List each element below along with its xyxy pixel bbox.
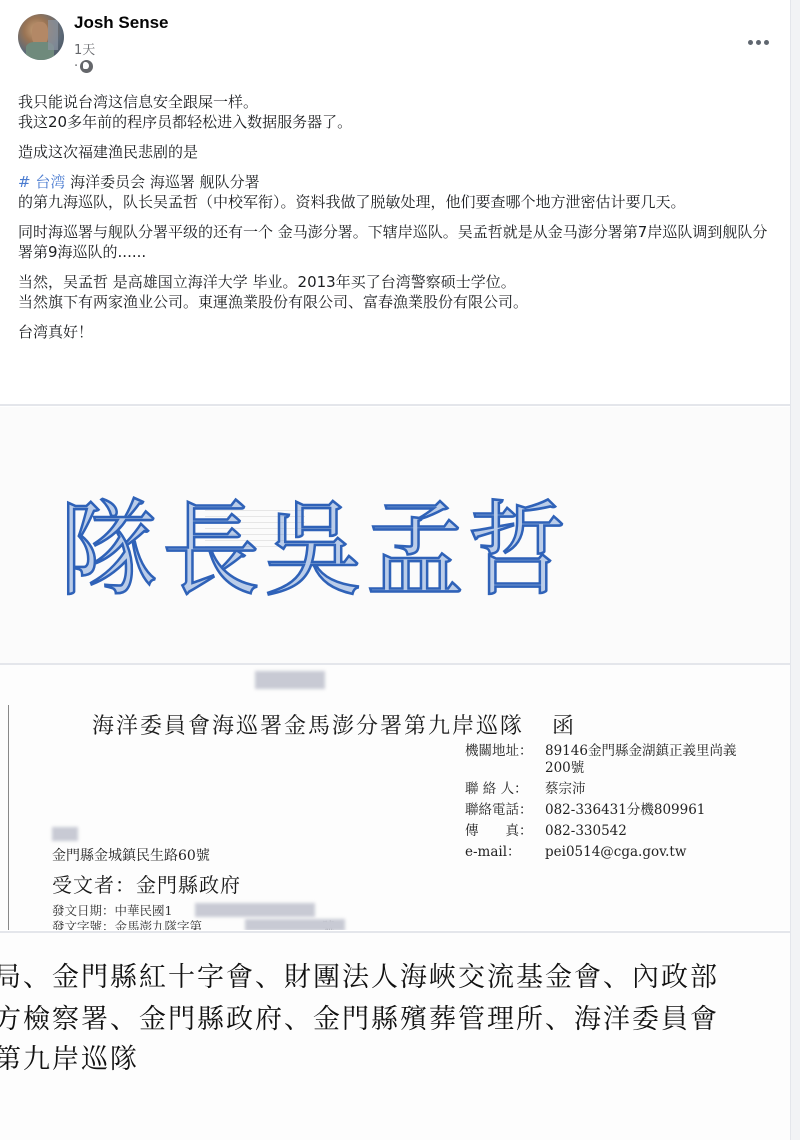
fax-label: 傳 真：: [465, 821, 545, 842]
email-row: e-mail： pei0514@cga.gov.tw: [465, 842, 736, 863]
fax-value: 082-330542: [545, 821, 627, 842]
text-line: 我只能说台湾这信息安全跟屎一样。: [18, 92, 780, 112]
scrollbar-track[interactable]: [790, 0, 800, 1140]
post-header: Josh Sense 1天 ·: [18, 10, 778, 80]
paragraph-6: 台湾真好！: [18, 322, 780, 342]
privacy-separator: ·: [74, 59, 78, 74]
hashtag-link[interactable]: # 台湾: [18, 173, 65, 191]
person-value: 蔡宗沛: [545, 779, 586, 800]
contact-info: 機關地址： 89146金門縣金湖鎮正義里尚義 200號 聯 絡 人： 蔡宗沛 聯…: [465, 741, 736, 863]
text-line: 我这20多年前的程序员都轻松进入数据服务器了。: [18, 112, 780, 132]
paragraph-3: # 台湾 海洋委员会 海巡署 舰队分署 的第九海巡队，队长吴孟哲（中校军衔）。资…: [18, 172, 780, 212]
text-line: 的第九海巡队，队长吴孟哲（中校军衔）。资料我做了脱敏处理，他们要查哪个地方泄密估…: [18, 192, 780, 212]
avatar[interactable]: [18, 14, 64, 60]
paragraph-2: 造成这次福建渔民悲剧的是: [18, 142, 780, 162]
avatar-figure: [32, 22, 48, 44]
more-options-button[interactable]: [740, 30, 776, 54]
paragraph-4: 同时海巡署与舰队分署平级的还有一个 金马澎分署。下辖岸巡队。吴孟哲就是从金马澎分…: [18, 222, 780, 262]
post-image-stamp[interactable]: 隊長吳孟哲 隊長吳孟哲: [0, 407, 790, 663]
address-row: 機關地址： 89146金門縣金湖鎮正義里尚義: [465, 741, 736, 762]
redacted-block: [195, 903, 315, 917]
recipient-address: 金門縣金城鎮民生路60號: [52, 845, 210, 865]
text-line: # 台湾 海洋委员会 海巡署 舰队分署: [18, 172, 780, 192]
divider: [0, 404, 790, 406]
dot-icon: [756, 40, 761, 45]
text-span: 海洋委员会 海巡署 舰队分署: [65, 173, 259, 191]
redacted-block: [255, 671, 325, 689]
fax-row: 傳 真： 082-330542: [465, 821, 736, 842]
text-line: 当然旗下有两家渔业公司。東運漁業股份有限公司、富春漁業股份有限公司。: [18, 292, 780, 312]
post-image-cc-list[interactable]: 局、金門縣紅十字會、財團法人海峽交流基金會、內政部 方檢察署、金門縣政府、金門縣…: [0, 933, 790, 1140]
post-image-document[interactable]: 海洋委員會海巡署金馬澎分署第九岸巡隊函 機關地址： 89146金門縣金湖鎮正義里…: [0, 665, 790, 930]
recipient: 受文者：金門縣政府: [52, 869, 241, 898]
dot-icon: [764, 40, 769, 45]
address-label: 機關地址：: [465, 741, 545, 762]
avatar-background: [48, 20, 58, 50]
text-line: 当然，吴孟哲 是高雄国立海洋大学 毕业。2013年买了台湾警察硕士学位。: [18, 272, 780, 292]
paragraph-1: 我只能说台湾这信息安全跟屎一样。 我这20多年前的程序员都轻松进入数据服务器了。: [18, 92, 780, 132]
redacted-block: [245, 919, 345, 930]
cc-line: 第九岸巡隊: [0, 1037, 139, 1076]
privacy-indicator[interactable]: ·: [74, 59, 93, 74]
cc-line: 局、金門縣紅十字會、財團法人海峽交流基金會、內政部: [0, 955, 719, 994]
document-title-text: 海洋委員會海巡署金馬澎分署第九岸巡隊: [92, 714, 524, 739]
document-title: 海洋委員會海巡署金馬澎分署第九岸巡隊函: [92, 709, 576, 740]
author-name[interactable]: Josh Sense: [74, 13, 169, 33]
cc-line: 方檢察署、金門縣政府、金門縣殯葬管理所、海洋委員會: [0, 997, 719, 1036]
phone-value: 082-336431分機809961: [545, 800, 705, 821]
dot-icon: [748, 40, 753, 45]
email-label: e-mail：: [465, 842, 545, 863]
globe-icon: [80, 60, 93, 73]
person-row: 聯 絡 人： 蔡宗沛: [465, 779, 736, 800]
email-value: pei0514@cga.gov.tw: [545, 842, 686, 863]
address-value-2: 200號: [545, 758, 584, 779]
document-type: 函: [552, 714, 576, 739]
paragraph-5: 当然，吴孟哲 是高雄国立海洋大学 毕业。2013年买了台湾警察硕士学位。 当然旗…: [18, 272, 780, 312]
margin-line: [8, 705, 9, 930]
sent-number-text: 發文字號：金馬澎九隊字第: [52, 919, 202, 930]
post-timestamp[interactable]: 1天: [74, 39, 95, 58]
phone-label: 聯絡電話：: [465, 800, 545, 821]
redacted-block: [52, 827, 78, 841]
post-text: 我只能说台湾这信息安全跟屎一样。 我这20多年前的程序员都轻松进入数据服务器了。…: [18, 92, 780, 352]
phone-row: 聯絡電話： 082-336431分機809961: [465, 800, 736, 821]
stamp-text: 隊長吳孟哲: [60, 500, 570, 603]
person-label: 聯 絡 人：: [465, 779, 545, 800]
